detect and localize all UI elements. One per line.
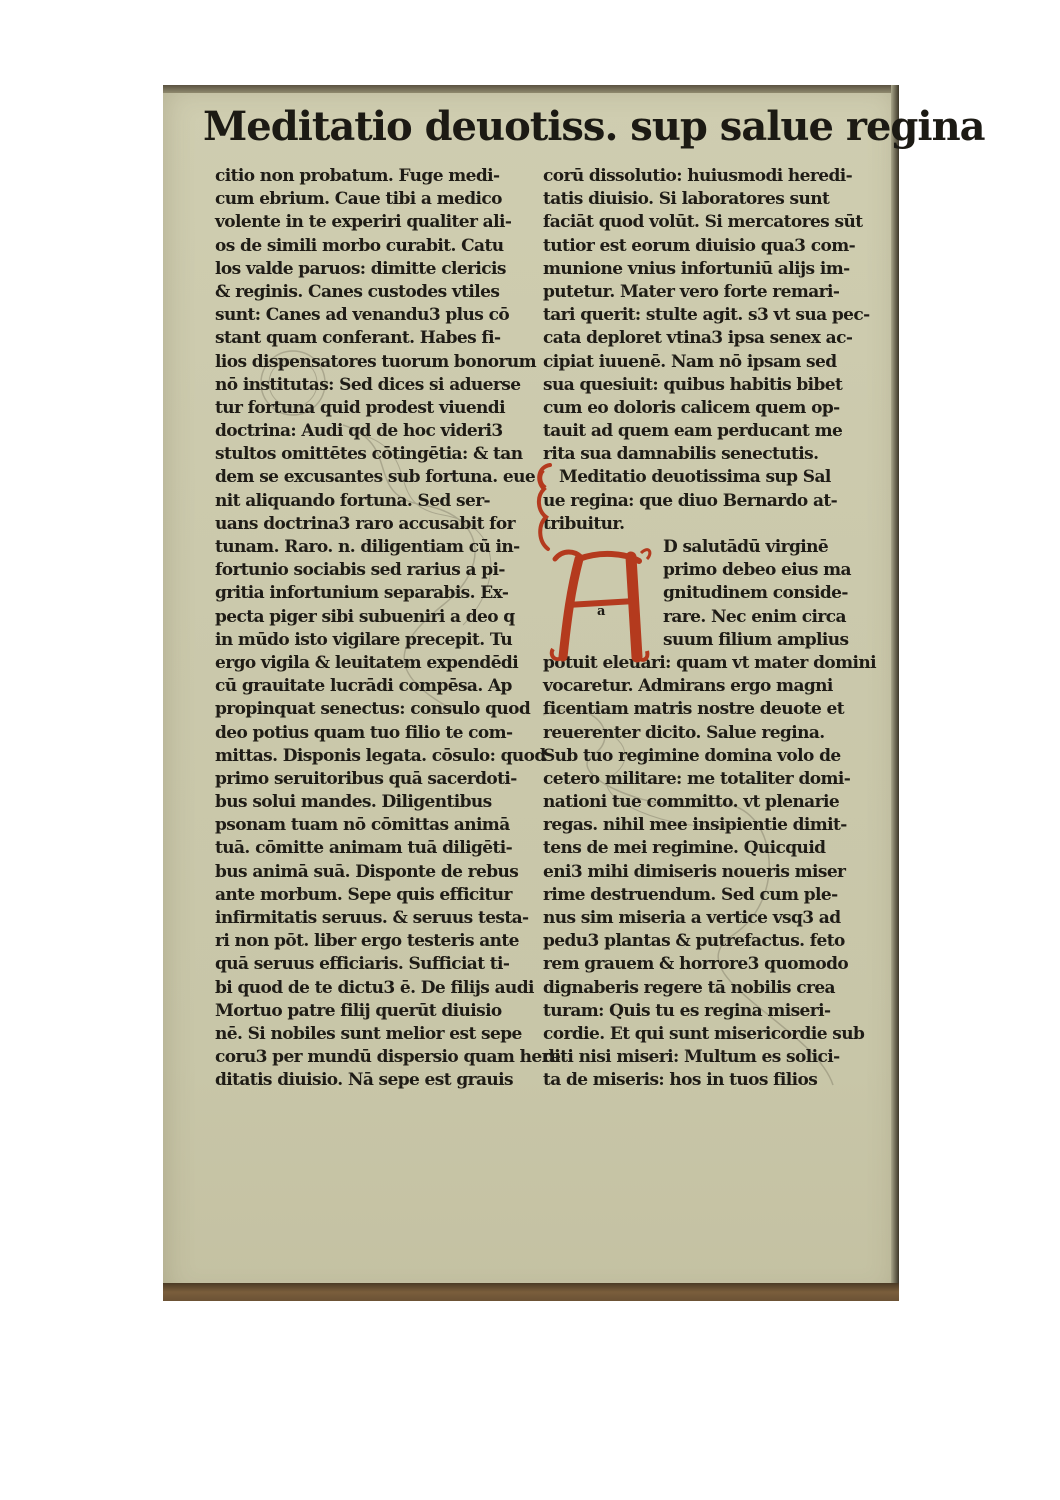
text-line: cordie. Et qui sunt misericordie sub (543, 1023, 873, 1046)
text-line: ta de miseris: hos in tuos filios (543, 1069, 873, 1092)
text-line: ficentiam matris nostre deuote et (543, 698, 873, 721)
text-line: sunt: Canes ad venandu3 plus cō (215, 304, 545, 327)
manuscript-page: Meditatio deuotiss. sup salue regina cit… (163, 85, 899, 1301)
text-line: mittas. Disponis legata. cōsulo: quod (215, 745, 545, 768)
guide-letter: a (597, 604, 606, 619)
text-line: cipiat iuuenē. Nam nō ipsam sed (543, 351, 873, 374)
text-line: sua quesiuit: quibus habitis bibet (543, 374, 873, 397)
text-line: deo potius quam tuo filio te com- (215, 722, 545, 745)
text-line: tauit ad quem eam perducant me (543, 420, 873, 443)
text-line: dignaberis regere tā nobilis crea (543, 977, 873, 1000)
text-line: nus sim miseria a vertice vsq3 ad (543, 907, 873, 930)
rubric-heading-line: Meditatio deuotissima sup Sal (543, 466, 873, 489)
decorated-initial-a-icon: a (545, 539, 655, 669)
text-line: pecta piger sibi subueniri a deo q (215, 606, 545, 629)
page-right-edge (891, 85, 899, 1301)
text-line: rime destruendum. Sed cum ple- (543, 884, 873, 907)
text-line: in mūdo isto vigilare precepit. Tu (215, 629, 545, 652)
text-line: infirmitatis seruus. & seruus testa- (215, 907, 545, 930)
text-line: bus animā suā. Disponte de rebus (215, 861, 545, 884)
text-line: turam: Quis tu es regina miseri- (543, 1000, 873, 1023)
text-line: nē. Si nobiles sunt melior est sepe (215, 1023, 545, 1046)
text-line: quā seruus efficiaris. Sufficiat ti- (215, 953, 545, 976)
text-line: tari querit: stulte agit. s3 vt sua pec- (543, 304, 873, 327)
text-line: cum ebrium. Caue tibi a medico (215, 188, 545, 211)
text-line: pedu3 plantas & putrefactus. feto (543, 930, 873, 953)
text-line: tuā. cōmitte animam tuā diligēti- (215, 837, 545, 860)
text-line: fortunio sociabis sed rarius a pi- (215, 559, 545, 582)
text-line: munione vnius infortuniū alijs im- (543, 258, 873, 281)
text-line: reuerenter dicito. Salue regina. (543, 722, 873, 745)
text-line: ditatis diuisio. Nā sepe est grauis (215, 1069, 545, 1092)
text-line: gritia infortunium separabis. Ex- (215, 582, 545, 605)
text-line: tens de mei regimine. Quicquid (543, 837, 873, 860)
text-line: cum eo doloris calicem quem op- (543, 397, 873, 420)
text-line: putetur. Mater vero forte remari- (543, 281, 873, 304)
text-line: propinquat senectus: consulo quod (215, 698, 545, 721)
text-line: stultos omittētes cōtingētia: & tan (215, 443, 545, 466)
rubric-heading-line: tribuitur. (543, 513, 873, 536)
text-line: nit aliquando fortuna. Sed ser- (215, 490, 545, 513)
text-line: cetero militare: me totaliter domi- (543, 768, 873, 791)
text-line: cū grauitate lucrādi compēsa. Ap (215, 675, 545, 698)
text-line: cata deploret vtina3 ipsa senex ac- (543, 327, 873, 350)
text-line: coru3 per mundū dispersio quam here (215, 1046, 545, 1069)
text-line: bus solui mandes. Diligentibus (215, 791, 545, 814)
running-head: Meditatio deuotiss. sup salue regina (203, 97, 863, 157)
text-line: ri non pōt. liber ergo testeris ante (215, 930, 545, 953)
text-column-left: citio non probatum. Fuge medi- cum ebriu… (215, 165, 545, 1093)
text-line: ante morbum. Sepe quis efficitur (215, 884, 545, 907)
text-line: & reginis. Canes custodes vtiles (215, 281, 545, 304)
text-line: bi quod de te dictu3 ē. De filijs audi (215, 977, 545, 1000)
text-line: lios dispensatores tuorum bonorum (215, 351, 545, 374)
text-line: vocaretur. Admirans ergo magni (543, 675, 873, 698)
text-line: corū dissolutio: huiusmodi heredi- (543, 165, 873, 188)
text-line: tatis diuisio. Si laboratores sunt (543, 188, 873, 211)
text-line: dem se excusantes sub fortuna. eue (215, 466, 545, 489)
text-line: citio non probatum. Fuge medi- (215, 165, 545, 188)
text-line: nō institutas: Sed dices si aduerse (215, 374, 545, 397)
text-line: diti nisi miseri: Multum es solici- (543, 1046, 873, 1069)
text-line: nationi tue committo. vt plenarie (543, 791, 873, 814)
text-line: eni3 mihi dimiseris noueris miser (543, 861, 873, 884)
text-line: regas. nihil mee insipientie dimit- (543, 814, 873, 837)
text-line: volente in te experiri qualiter ali- (215, 211, 545, 234)
text-line: tutior est eorum diuisio qua3 com- (543, 235, 873, 258)
text-line: os de simili morbo curabit. Catu (215, 235, 545, 258)
text-line: psonam tuam nō cōmittas animā (215, 814, 545, 837)
page-top-edge (163, 85, 899, 93)
text-line: stant quam conferant. Habes fi- (215, 327, 545, 350)
text-line: uans doctrina3 raro accusabit for (215, 513, 545, 536)
text-line: tunam. Raro. n. diligentiam cū in- (215, 536, 545, 559)
text-line: Mortuo patre filij querūt diuisio (215, 1000, 545, 1023)
text-line: los valde paruos: dimitte clericis (215, 258, 545, 281)
text-line: primo seruitoribus quā sacerdoti- (215, 768, 545, 791)
rubric-heading-line: ue regina: que diuo Bernardo at- (543, 490, 873, 513)
text-line: Sub tuo regimine domina volo de (543, 745, 873, 768)
text-line: doctrina: Audi qd de hoc videri3 (215, 420, 545, 443)
text-line: rem grauem & horrore3 quomodo (543, 953, 873, 976)
binding-edge (163, 1283, 899, 1301)
text-line: tur fortuna quid prodest viuendi (215, 397, 545, 420)
text-line: rita sua damnabilis senectutis. (543, 443, 873, 466)
text-line: ergo vigila & leuitatem expendēdi (215, 652, 545, 675)
text-line: faciāt quod volūt. Si mercatores sūt (543, 211, 873, 234)
